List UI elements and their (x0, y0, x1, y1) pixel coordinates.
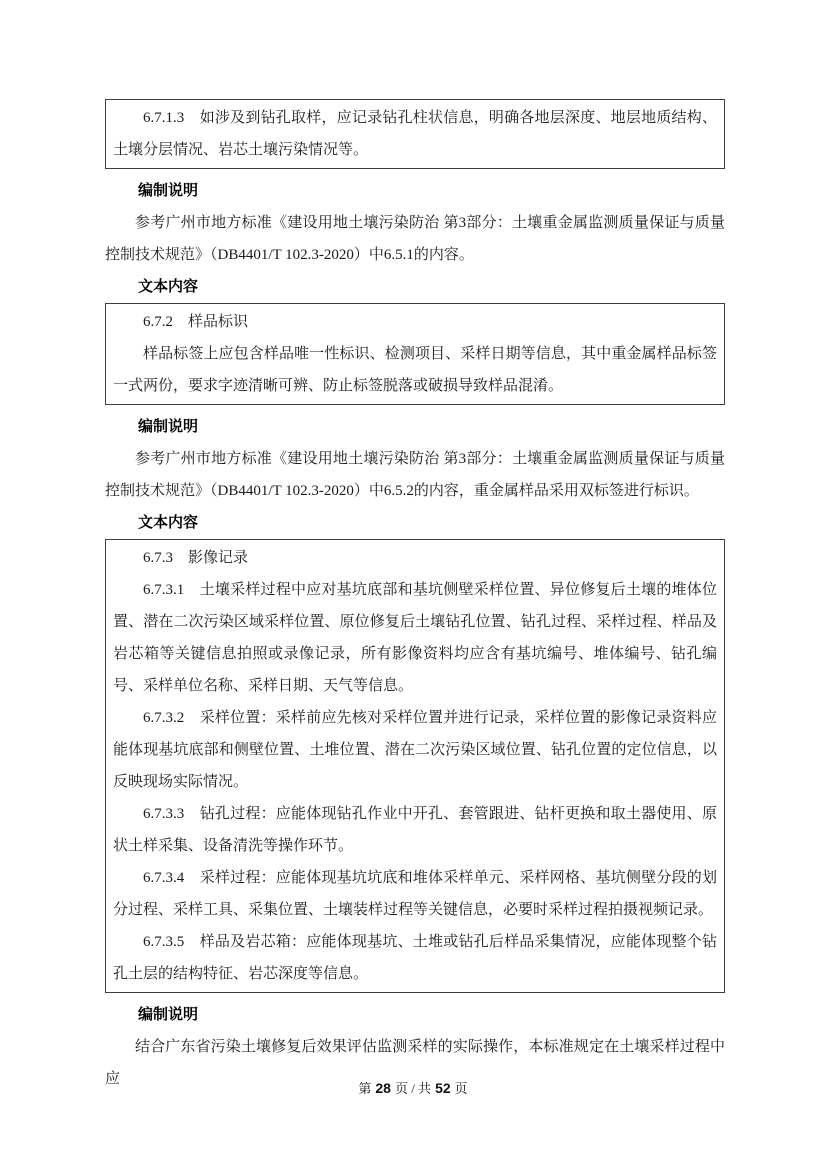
clause-6-7-3-5-text: 6.7.3.5 样品及岩芯箱：应能体现基坑、土堆或钻孔后样品采集情况，应能体现整… (113, 926, 717, 990)
current-page-number: 28 (375, 1080, 391, 1096)
clause-6-7-3-4-text: 6.7.3.4 采样过程：应能体现基坑坑底和堆体采样单元、采样网格、基坑侧壁分段… (113, 862, 717, 926)
edit-note-heading-3: 编制说明 (105, 999, 725, 1031)
clause-6-7-2-heading: 6.7.2 样品标识 (113, 306, 717, 338)
clause-6-7-1-3-text: 6.7.1.3 如涉及到钻孔取样，应记录钻孔柱状信息，明确各地层深度、地层地质结… (113, 102, 717, 166)
edit-note-heading-1: 编制说明 (105, 175, 725, 207)
edit-note-heading-2: 编制说明 (105, 411, 725, 443)
clause-6-7-3-2-text: 6.7.3.2 采样位置：采样前应先核对采样位置并进行记录，采样位置的影像记录资… (113, 702, 717, 798)
footer-mid: 页 / 共 (395, 1081, 431, 1096)
clause-6-7-3-3-text: 6.7.3.3 钻孔过程：应能体现钻孔作业中开孔、套管跟进、钻杆更换和取土器使用… (113, 798, 717, 862)
text-content-heading-1: 文本内容 (105, 271, 725, 303)
edit-note-1-text: 参考广州市地方标准《建设用地土壤污染防治 第3部分：土壤重金属监测质量保证与质量… (105, 207, 725, 271)
clause-box-6-7-3: 6.7.3 影像记录 6.7.3.1 土壤采样过程中应对基坑底部和基坑侧壁采样位… (105, 539, 725, 993)
clause-box-6-7-1-3: 6.7.1.3 如涉及到钻孔取样，应记录钻孔柱状信息，明确各地层深度、地层地质结… (105, 99, 725, 169)
page-footer: 第28页 / 共52页 (0, 1078, 826, 1099)
document-page: 6.7.1.3 如涉及到钻孔取样，应记录钻孔柱状信息，明确各地层深度、地层地质结… (0, 0, 826, 1169)
footer-prefix: 第 (358, 1081, 371, 1096)
clause-box-6-7-2: 6.7.2 样品标识 样品标签上应包含样品唯一性标识、检测项目、采样日期等信息，… (105, 303, 725, 405)
clause-6-7-2-text: 样品标签上应包含样品唯一性标识、检测项目、采样日期等信息，其中重金属样品标签一式… (113, 338, 717, 402)
total-page-count: 52 (435, 1080, 451, 1096)
footer-suffix: 页 (455, 1081, 468, 1096)
clause-6-7-3-heading: 6.7.3 影像记录 (113, 542, 717, 574)
clause-6-7-3-1-text: 6.7.3.1 土壤采样过程中应对基坑底部和基坑侧壁采样位置、异位修复后土壤的堆… (113, 574, 717, 702)
edit-note-2-text: 参考广州市地方标准《建设用地土壤污染防治 第3部分：土壤重金属监测质量保证与质量… (105, 443, 725, 507)
text-content-heading-2: 文本内容 (105, 507, 725, 539)
document-body: 6.7.1.3 如涉及到钻孔取样，应记录钻孔柱状信息，明确各地层深度、地层地质结… (105, 99, 725, 1095)
